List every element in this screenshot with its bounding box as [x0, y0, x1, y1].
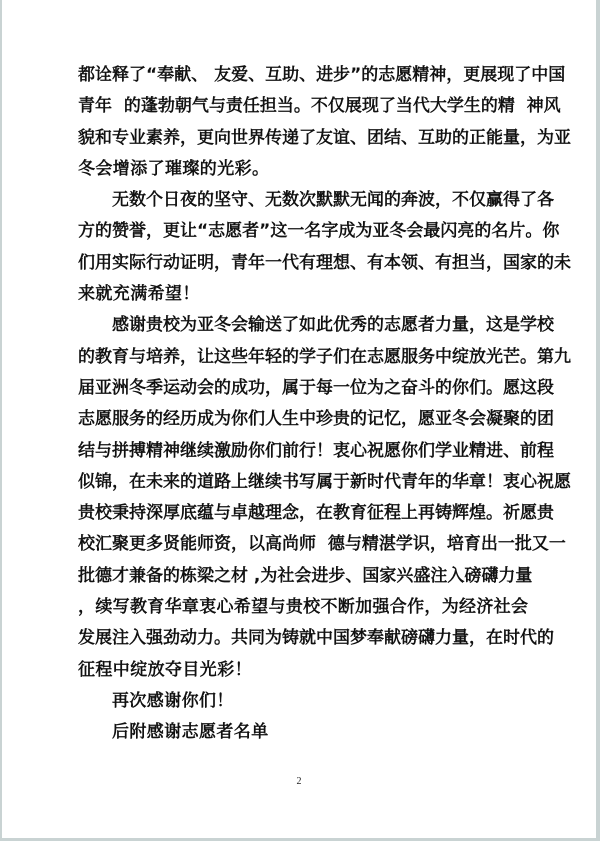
- attachment-note: 后附感谢志愿者名单: [78, 717, 528, 748]
- text-line: 感谢贵校为亚冬会输送了如此优秀的志愿者力量，这是学校: [78, 310, 528, 341]
- text-line: 批德才兼备的栋梁之材 ,为社会进步、国家兴盛注入磅礴力量: [78, 561, 528, 592]
- document-body: 都诠释了“奉献、 友爱、互助、进步”的志愿精神，更展现了中国 青年 的蓬勃朝气与…: [78, 60, 528, 749]
- text-line: 贵校秉持深厚底蕴与卓越理念，在教育征程上再铸辉煌。祈愿贵: [78, 498, 528, 529]
- text-line: 届亚洲冬季运动会的成功，属于每一位为之奋斗的你们。愿这段: [78, 373, 528, 404]
- closing-thanks: 再次感谢你们！: [78, 686, 528, 717]
- text-line: 们用实际行动证明，青年一代有理想、有本领、有担当，国家的未: [78, 248, 528, 279]
- text-line: 结与拼搏精神继续激励你们前行！衷心祝愿你们学业精进、前程: [78, 436, 528, 467]
- text-line: 无数个日夜的坚守、无数次默默无闻的奔波，不仅赢得了各: [78, 185, 528, 216]
- paragraph-1: 都诠释了“奉献、 友爱、互助、进步”的志愿精神，更展现了中国 青年 的蓬勃朝气与…: [78, 60, 528, 185]
- text-line: 冬会增添了璀璨的光彩。: [78, 154, 528, 185]
- text-line: 都诠释了“奉献、 友爱、互助、进步”的志愿精神，更展现了中国: [78, 60, 528, 91]
- text-line: 发展注入强劲动力。共同为铸就中国梦奉献磅礴力量，在时代的: [78, 623, 528, 654]
- text-line: 似锦，在未来的道路上继续书写属于新时代青年的华章！衷心祝愿: [78, 467, 528, 498]
- text-line: 貌和专业素养，更向世界传递了友谊、团结、互助的正能量，为亚: [78, 123, 528, 154]
- text-line: 的教育与培养，让这些年轻的学子们在志愿服务中绽放光芒。第九: [78, 342, 528, 373]
- text-line: ，续写教育华章衷心希望与贵校不断加强合作，为经济社会: [78, 592, 528, 623]
- text-line: 再次感谢你们！: [78, 686, 528, 717]
- text-line: 志愿服务的经历成为你们人生中珍贵的记忆，愿亚冬会凝聚的团: [78, 404, 528, 435]
- paragraph-2: 无数个日夜的坚守、无数次默默无闻的奔波，不仅赢得了各 方的赞誉，更让“志愿者”这…: [78, 185, 528, 310]
- paragraph-3: 感谢贵校为亚冬会输送了如此优秀的志愿者力量，这是学校 的教育与培养，让这些年轻的…: [78, 310, 528, 686]
- text-line: 来就充满希望！: [78, 279, 528, 310]
- text-line: 方的赞誉，更让“志愿者”这一名字成为亚冬会最闪亮的名片。你: [78, 216, 528, 247]
- text-line: 后附感谢志愿者名单: [78, 717, 528, 748]
- text-line: 校汇聚更多贤能师资，以高尚师 德与精湛学识，培育出一批又一: [78, 529, 528, 560]
- document-page: 都诠释了“奉献、 友爱、互助、进步”的志愿精神，更展现了中国 青年 的蓬勃朝气与…: [2, 0, 596, 838]
- text-line: 征程中绽放夺目光彩！: [78, 655, 528, 686]
- text-line: 青年 的蓬勃朝气与责任担当。不仅展现了当代大学生的精 神风: [78, 91, 528, 122]
- page-number: 2: [2, 776, 596, 787]
